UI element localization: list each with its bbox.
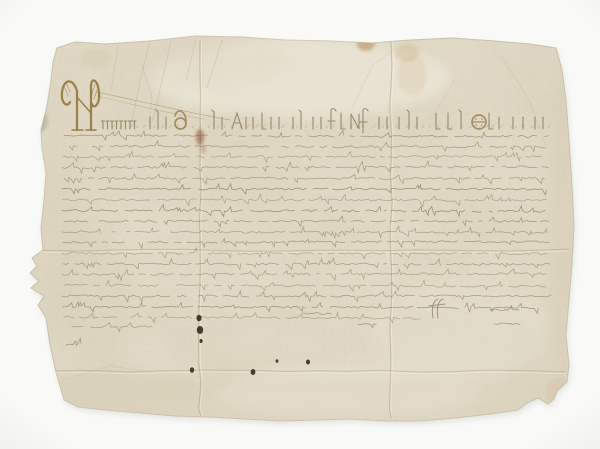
parchment-charter-image	[0, 0, 600, 449]
manuscript-photo	[0, 0, 600, 449]
photo-vignette	[0, 0, 600, 449]
